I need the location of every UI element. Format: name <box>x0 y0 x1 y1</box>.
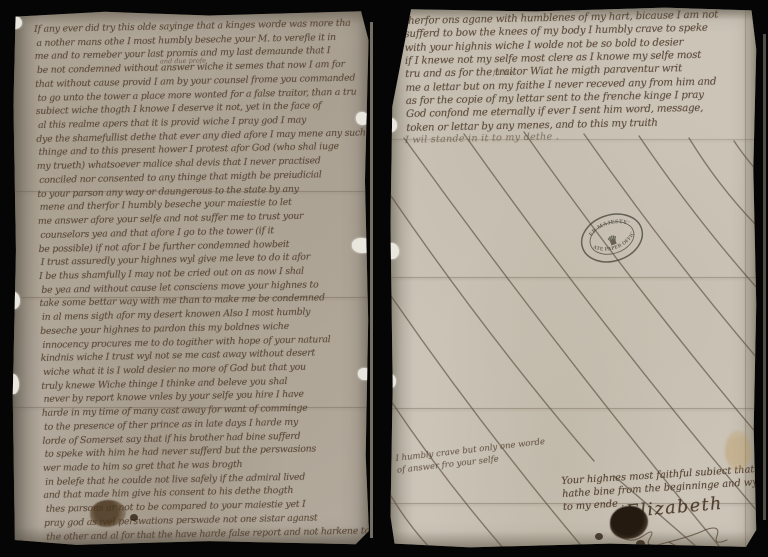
repair-patch <box>12 374 19 394</box>
page-edge <box>370 22 373 538</box>
repair-patch <box>12 292 20 309</box>
manuscript-line: I wil stande in it to my dethe . <box>405 131 559 145</box>
repair-patch <box>389 118 397 132</box>
repair-patch <box>358 368 370 380</box>
ink-speck <box>620 544 626 549</box>
repair-patch <box>12 16 22 29</box>
letter-page-left: If any ever did try this olde sayinge th… <box>12 8 370 547</box>
ink-speck <box>595 533 603 540</box>
ink-speck <box>636 540 645 547</box>
repair-patch <box>389 374 396 388</box>
state-paper-office-stamp: HER MAJESTY'S STATE PAPER OFFICE ♛ <box>573 204 651 272</box>
interline-insertion: and due profe <box>160 57 206 66</box>
fold-crease <box>389 408 757 409</box>
manuscript-scan: If any ever did try this olde sayinge th… <box>0 0 768 557</box>
repair-patch <box>352 238 370 253</box>
repair-patch <box>356 112 369 125</box>
fold-crease <box>389 277 757 278</box>
plea-note: I humbly crave but only one worde of ans… <box>395 436 547 478</box>
ink-blot <box>610 506 648 539</box>
page-edge <box>763 34 766 520</box>
ink-speck <box>130 514 138 521</box>
repair-patch <box>389 243 399 259</box>
letter-body-left: If any ever did try this olde sayinge th… <box>34 16 370 544</box>
letter-page-right: cunning therfor ons agane with humblenes… <box>389 6 757 549</box>
interline-insertion: faithe <box>493 69 513 77</box>
letter-body-right: therfor ons agane with humblenes of my h… <box>404 8 754 135</box>
paper-stain <box>725 430 751 472</box>
